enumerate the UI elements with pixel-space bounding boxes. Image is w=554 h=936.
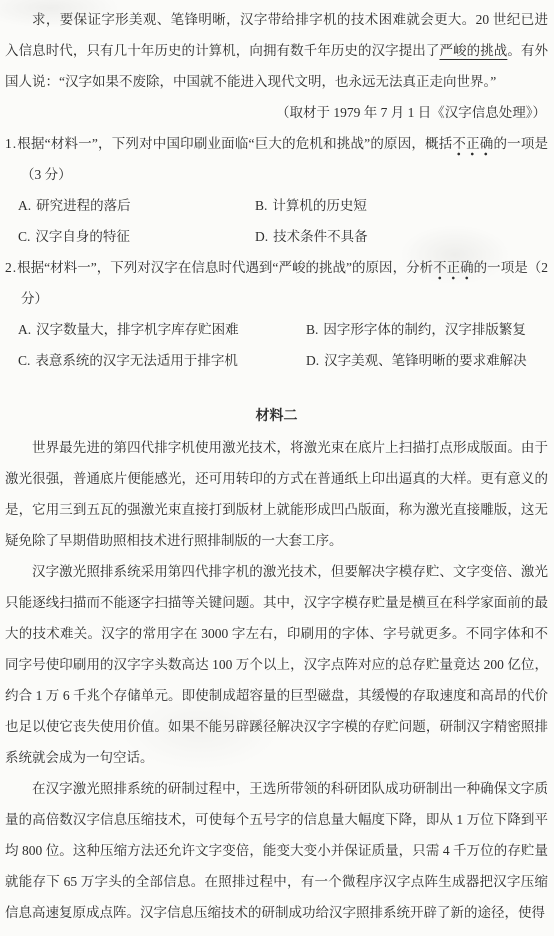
material-two-paragraph-3: 在汉字激光照排系统的研制过程中，王选所带领的科研团队成功研制出一种确保文字质量的… xyxy=(5,773,548,928)
question-2-options: A.汉字数量大，排字机字库存贮困难 B.因字形字体的制约，汉字排版繁复 C.表意… xyxy=(5,314,548,376)
option-text: 汉字自身的特征 xyxy=(35,229,130,244)
question-1-stem: 1.根据“材料一”，下列对中国印刷业面临“巨大的危机和挑战”的原因，概括不正确的… xyxy=(5,128,548,190)
question-stem-text: 根据“材料一”，下列对中国印刷业面临“巨大的危机和挑战”的原因，概括 xyxy=(17,136,452,151)
option-label: A. xyxy=(18,322,31,337)
material-two-paragraph-1: 世界最先进的第四代排字机使用激光技术，将激光束在底片上扫描打点形成版面。由于激光… xyxy=(5,432,548,556)
option-text: 表意系统的汉字无法适用于排字机 xyxy=(35,353,238,368)
option-label: D. xyxy=(306,353,319,368)
option-c: C.表意系统的汉字无法适用于排字机 xyxy=(18,345,306,376)
option-text: 汉字数量大，排字机字库存贮困难 xyxy=(36,322,239,337)
question-1-options: A.研究进程的落后 B.计算机的历史短 C.汉字自身的特征 D.技术条件不具备 xyxy=(5,190,548,252)
question-number: 2. xyxy=(5,260,17,275)
question-2-stem: 2.根据“材料一”，下列对汉字在信息时代遇到“严峻的挑战”的原因，分析不正确的一… xyxy=(5,252,548,314)
option-label: C. xyxy=(18,229,30,244)
question-stem-text: 根据“材料一”，下列对汉字在信息时代遇到“严峻的挑战”的原因，分析 xyxy=(17,260,433,275)
option-label: A. xyxy=(18,198,31,213)
option-text: 因字形字体的制约，汉字排版繁复 xyxy=(323,322,526,337)
material-two-heading: 材料二 xyxy=(5,401,548,432)
underlined-phrase: 严峻的挑战 xyxy=(439,43,507,58)
option-text: 研究进程的落后 xyxy=(36,198,131,213)
material-two-paragraph-2: 汉字激光照排系统采用第四代排字机的激光技术，但要解决字模存贮、文字变倍、激光只能… xyxy=(5,556,548,773)
source-citation: （取材于 1979 年 7 月 1 日《汉字信息处理》） xyxy=(5,97,548,128)
option-b: B.计算机的历史短 xyxy=(255,190,548,221)
option-text: 汉字美观、笔锋明晰的要求难解决 xyxy=(324,353,527,368)
option-label: B. xyxy=(255,198,267,213)
option-b: B.因字形字体的制约，汉字排版繁复 xyxy=(306,314,548,345)
option-label: C. xyxy=(18,353,30,368)
scanned-exam-page: 求，要保证字形美观、笔锋明晰，汉字带给排字机的技术困难就会更大。20 世纪已进入… xyxy=(0,0,554,936)
option-label: D. xyxy=(255,229,268,244)
option-label: B. xyxy=(306,322,318,337)
question-number: 1. xyxy=(5,136,17,151)
emphasized-text: 不正确 xyxy=(452,136,493,156)
material-one-paragraph: 求，要保证字形美观、笔锋明晰，汉字带给排字机的技术困难就会更大。20 世纪已进入… xyxy=(5,4,548,97)
option-text: 技术条件不具备 xyxy=(273,229,368,244)
option-text: 计算机的历史短 xyxy=(272,198,367,213)
emphasized-text: 不正确 xyxy=(433,260,474,280)
option-d: D.汉字美观、笔锋明晰的要求难解决 xyxy=(306,345,548,376)
option-a: A.汉字数量大，排字机字库存贮困难 xyxy=(18,314,306,345)
option-d: D.技术条件不具备 xyxy=(255,221,548,252)
option-c: C.汉字自身的特征 xyxy=(18,221,255,252)
option-a: A.研究进程的落后 xyxy=(18,190,255,221)
